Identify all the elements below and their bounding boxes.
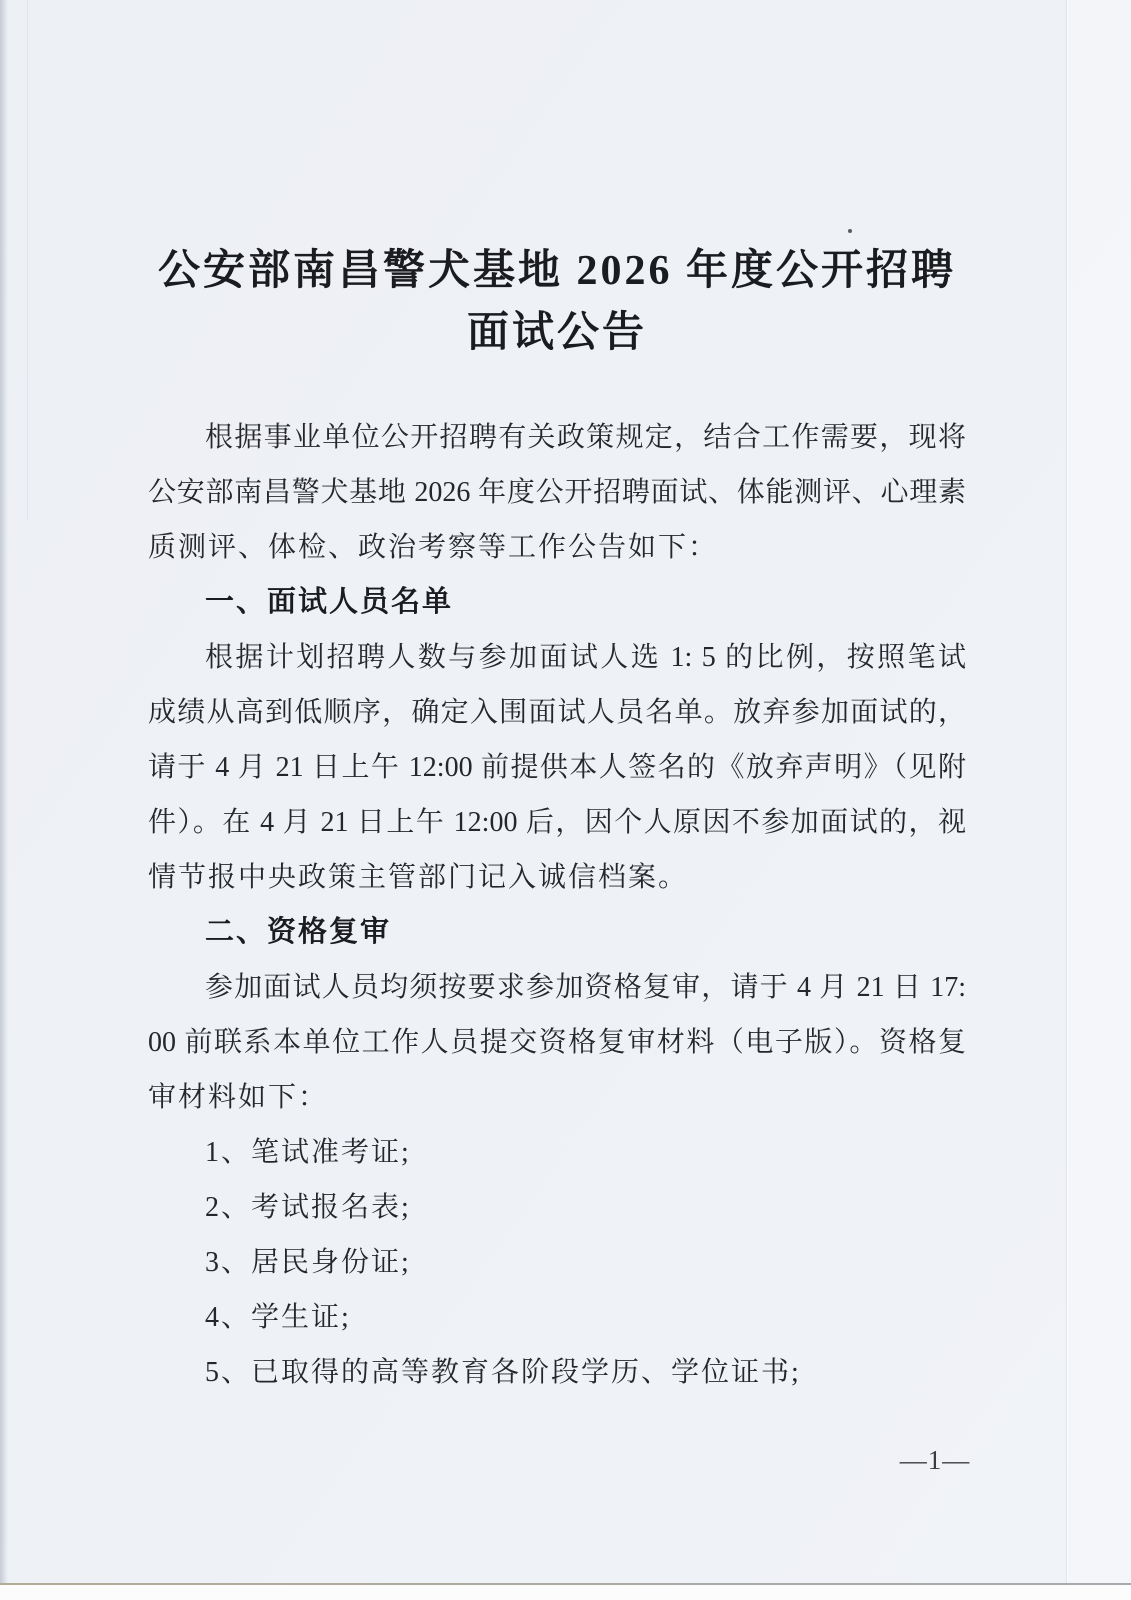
material-list-item: 3、居民身份证; (148, 1235, 966, 1290)
section-1-line: 根据计划招聘人数与参加面试人选 1: 5 的比例，按照笔试 (148, 630, 966, 685)
section-1-line: 请于 4 月 21 日上午 12:00 前提供本人签名的《放弃声明》（见附 (148, 740, 966, 795)
material-list-item: 5、已取得的高等教育各阶段学历、学位证书; (148, 1345, 966, 1400)
document-title-line-2: 面试公告 (148, 302, 966, 364)
scan-left-edge-shadow (0, 0, 8, 1600)
page-number: —1— (880, 1445, 990, 1476)
section-1-heading: 一、面试人员名单 (148, 575, 966, 630)
section-interview-list: 一、面试人员名单 根据计划招聘人数与参加面试人选 1: 5 的比例，按照笔试 成… (148, 575, 966, 905)
section-2-line: 审材料如下： (148, 1070, 966, 1125)
scan-speck (848, 229, 852, 233)
intro-line: 质测评、体检、政治考察等工作公告如下： (148, 520, 966, 575)
document-title: 公安部南昌警犬基地 2026 年度公开招聘 面试公告 (148, 240, 966, 364)
intro-line: 根据事业单位公开招聘有关政策规定，结合工作需要，现将 (148, 410, 966, 465)
material-list-item: 2、考试报名表; (148, 1180, 966, 1235)
section-1-line: 成绩从高到低顺序，确定入围面试人员名单。放弃参加面试的， (148, 685, 966, 740)
scan-fold-line (1067, 0, 1131, 1583)
section-2-line: 00 前联系本单位工作人员提交资格复审材料（电子版）。资格复 (148, 1015, 966, 1070)
intro-line: 公安部南昌警犬基地 2026 年度公开招聘面试、体能测评、心理素 (148, 465, 966, 520)
section-2-line: 参加面试人员均须按要求参加资格复审，请于 4 月 21 日 17: (148, 960, 966, 1015)
material-list-item: 4、学生证; (148, 1290, 966, 1345)
material-list-item: 1、笔试准考证; (148, 1125, 966, 1180)
section-1-line: 情节报中央政策主管部门记入诚信档案。 (148, 850, 966, 905)
section-1-line: 件）。在 4 月 21 日上午 12:00 后，因个人原因不参加面试的，视 (148, 795, 966, 850)
scanner-background-strip (0, 1585, 1131, 1600)
scan-crease-line (27, 0, 28, 520)
scanned-document-page: 公安部南昌警犬基地 2026 年度公开招聘 面试公告 根据事业单位公开招聘有关政… (0, 0, 1131, 1600)
intro-paragraph: 根据事业单位公开招聘有关政策规定，结合工作需要，现将 公安部南昌警犬基地 202… (148, 410, 966, 575)
section-qualification-review: 二、资格复审 参加面试人员均须按要求参加资格复审，请于 4 月 21 日 17:… (148, 905, 966, 1400)
document-body: 公安部南昌警犬基地 2026 年度公开招聘 面试公告 根据事业单位公开招聘有关政… (148, 240, 966, 1400)
section-2-heading: 二、资格复审 (148, 905, 966, 960)
document-title-line-1: 公安部南昌警犬基地 2026 年度公开招聘 (148, 240, 966, 302)
